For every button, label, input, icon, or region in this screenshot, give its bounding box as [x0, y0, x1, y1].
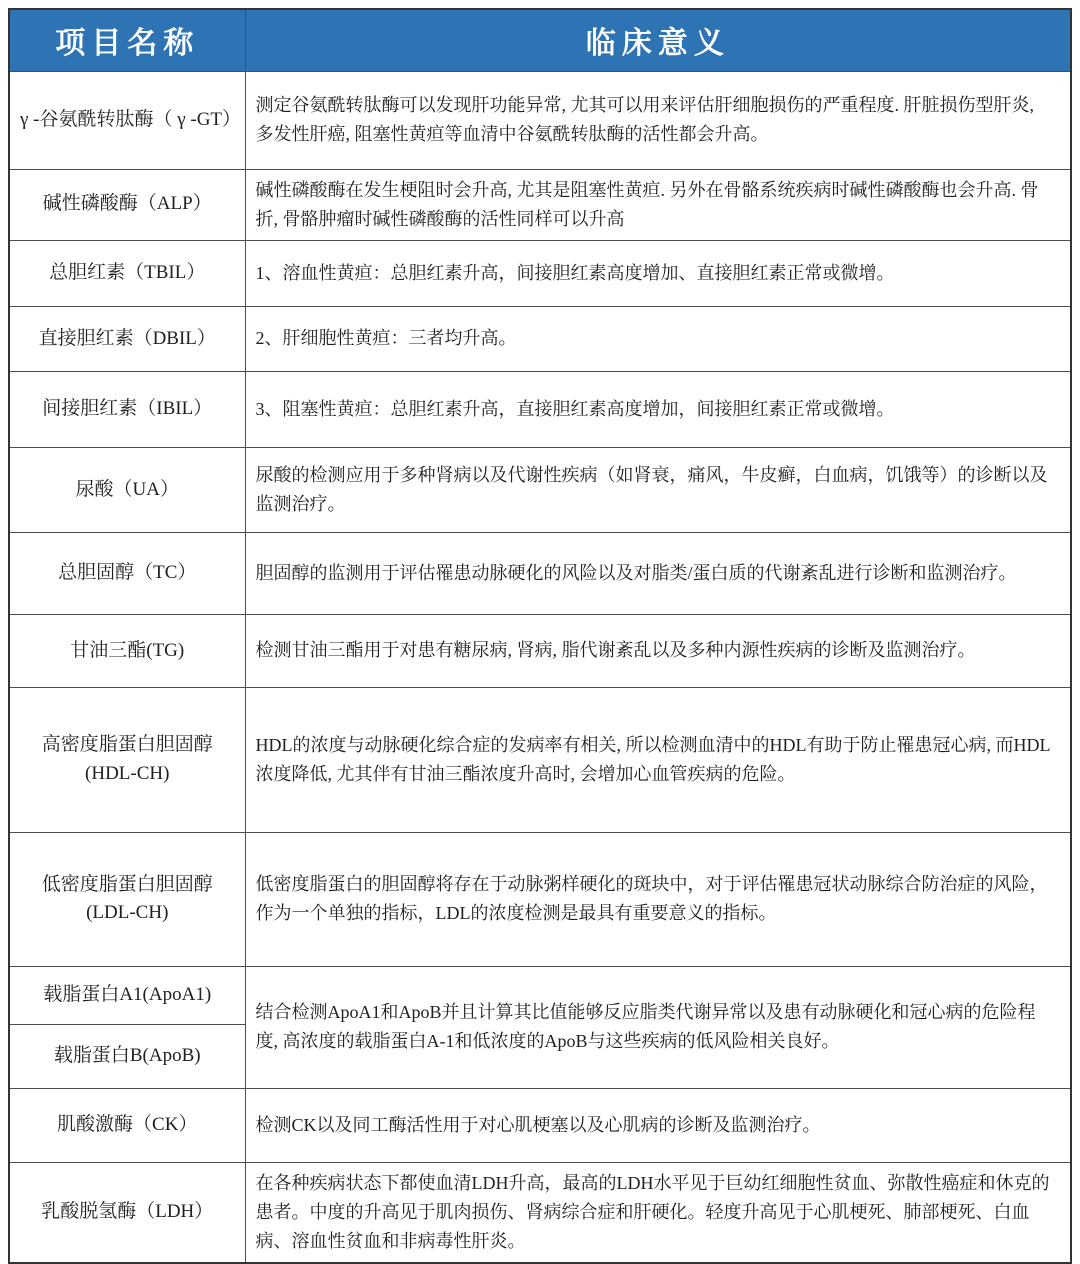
lab-test-table: 项目名称 临床意义 γ -谷氨酰转肽酶（ γ -GT） 测定谷氨酰转肽酶可以发现…: [8, 8, 1072, 1264]
table-row: 载脂蛋白A1(ApoA1) 结合检测ApoA1和ApoB并且计算其比值能够反应脂…: [9, 966, 1071, 1024]
table-row: 甘油三酯(TG) 检测甘油三酯用于对患有糖尿病, 肾病, 脂代谢紊乱以及多种内源…: [9, 614, 1071, 687]
table-row: 尿酸（UA） 尿酸的检测应用于多种肾病以及代谢性疾病（如肾衰，痛风，牛皮癣，白血…: [9, 447, 1071, 532]
item-name-tbil: 总胆红素（TBIL）: [9, 240, 245, 306]
clinical-meaning-dbil: 2、肝细胞性黄疸：三者均升高。: [245, 306, 1071, 371]
clinical-meaning-tc: 胆固醇的监测用于评估罹患动脉硬化的风险以及对脂类/蛋白质的代谢紊乱进行诊断和监测…: [245, 532, 1071, 614]
clinical-meaning-ggt: 测定谷氨酰转肽酶可以发现肝功能异常, 尤其可以用来评估肝细胞损伤的严重程度. 肝…: [245, 71, 1071, 169]
table-row: 乳酸脱氢酶（LDH） 在各种疾病状态下都使血清LDH升高，最高的LDH水平见于巨…: [9, 1162, 1071, 1263]
table-header-row: 项目名称 临床意义: [9, 9, 1071, 71]
table-row: 高密度脂蛋白胆固醇(HDL-CH) HDL的浓度与动脉硬化综合症的发病率有相关,…: [9, 687, 1071, 832]
item-name-ldh: 乳酸脱氢酶（LDH）: [9, 1162, 245, 1263]
lab-test-table-wrapper: 项目名称 临床意义 γ -谷氨酰转肽酶（ γ -GT） 测定谷氨酰转肽酶可以发现…: [8, 8, 1072, 1264]
table-row: 间接胆红素（IBIL） 3、阻塞性黄疸：总胆红素升高，直接胆红素高度增加，间接胆…: [9, 371, 1071, 447]
table-row: 肌酸激酶（CK） 检测CK以及同工酶活性用于对心肌梗塞以及心肌病的诊断及监测治疗…: [9, 1088, 1071, 1162]
item-name-ldl: 低密度脂蛋白胆固醇(LDL-CH): [9, 832, 245, 966]
table-row: 碱性磷酸酶（ALP） 碱性磷酸酶在发生梗阻时会升高, 尤其是阻塞性黄疸. 另外在…: [9, 169, 1071, 240]
clinical-meaning-ibil: 3、阻塞性黄疸：总胆红素升高，直接胆红素高度增加，间接胆红素正常或微增。: [245, 371, 1071, 447]
item-name-hdl: 高密度脂蛋白胆固醇(HDL-CH): [9, 687, 245, 832]
clinical-meaning-apo-combined: 结合检测ApoA1和ApoB并且计算其比值能够反应脂类代谢异常以及患有动脉硬化和…: [245, 966, 1071, 1088]
table-row: γ -谷氨酰转肽酶（ γ -GT） 测定谷氨酰转肽酶可以发现肝功能异常, 尤其可…: [9, 71, 1071, 169]
item-name-apob: 载脂蛋白B(ApoB): [9, 1024, 245, 1088]
table-row: 低密度脂蛋白胆固醇(LDL-CH) 低密度脂蛋白的胆固醇将存在于动脉粥样硬化的斑…: [9, 832, 1071, 966]
clinical-meaning-ldh: 在各种疾病状态下都使血清LDH升高，最高的LDH水平见于巨幼红细胞性贫血、弥散性…: [245, 1162, 1071, 1263]
clinical-meaning-ua: 尿酸的检测应用于多种肾病以及代谢性疾病（如肾衰，痛风，牛皮癣，白血病，饥饿等）的…: [245, 447, 1071, 532]
item-name-ibil: 间接胆红素（IBIL）: [9, 371, 245, 447]
clinical-meaning-ldl: 低密度脂蛋白的胆固醇将存在于动脉粥样硬化的斑块中，对于评估罹患冠状动脉综合防治症…: [245, 832, 1071, 966]
clinical-meaning-hdl: HDL的浓度与动脉硬化综合症的发病率有相关, 所以检测血清中的HDL有助于防止罹…: [245, 687, 1071, 832]
item-name-dbil: 直接胆红素（DBIL）: [9, 306, 245, 371]
item-name-alp: 碱性磷酸酶（ALP）: [9, 169, 245, 240]
clinical-meaning-ck: 检测CK以及同工酶活性用于对心肌梗塞以及心肌病的诊断及监测治疗。: [245, 1088, 1071, 1162]
table-row: 总胆红素（TBIL） 1、溶血性黄疸：总胆红素升高，间接胆红素高度增加、直接胆红…: [9, 240, 1071, 306]
item-name-ua: 尿酸（UA）: [9, 447, 245, 532]
clinical-meaning-tg: 检测甘油三酯用于对患有糖尿病, 肾病, 脂代谢紊乱以及多种内源性疾病的诊断及监测…: [245, 614, 1071, 687]
column-header-item-name: 项目名称: [9, 9, 245, 71]
clinical-meaning-tbil: 1、溶血性黄疸：总胆红素升高，间接胆红素高度增加、直接胆红素正常或微增。: [245, 240, 1071, 306]
item-name-tg: 甘油三酯(TG): [9, 614, 245, 687]
table-row: 直接胆红素（DBIL） 2、肝细胞性黄疸：三者均升高。: [9, 306, 1071, 371]
clinical-meaning-alp: 碱性磷酸酶在发生梗阻时会升高, 尤其是阻塞性黄疸. 另外在骨骼系统疾病时碱性磷酸…: [245, 169, 1071, 240]
item-name-tc: 总胆固醇（TC）: [9, 532, 245, 614]
table-row: 总胆固醇（TC） 胆固醇的监测用于评估罹患动脉硬化的风险以及对脂类/蛋白质的代谢…: [9, 532, 1071, 614]
item-name-ggt: γ -谷氨酰转肽酶（ γ -GT）: [9, 71, 245, 169]
item-name-apoa1: 载脂蛋白A1(ApoA1): [9, 966, 245, 1024]
column-header-clinical-significance: 临床意义: [245, 9, 1071, 71]
item-name-ck: 肌酸激酶（CK）: [9, 1088, 245, 1162]
